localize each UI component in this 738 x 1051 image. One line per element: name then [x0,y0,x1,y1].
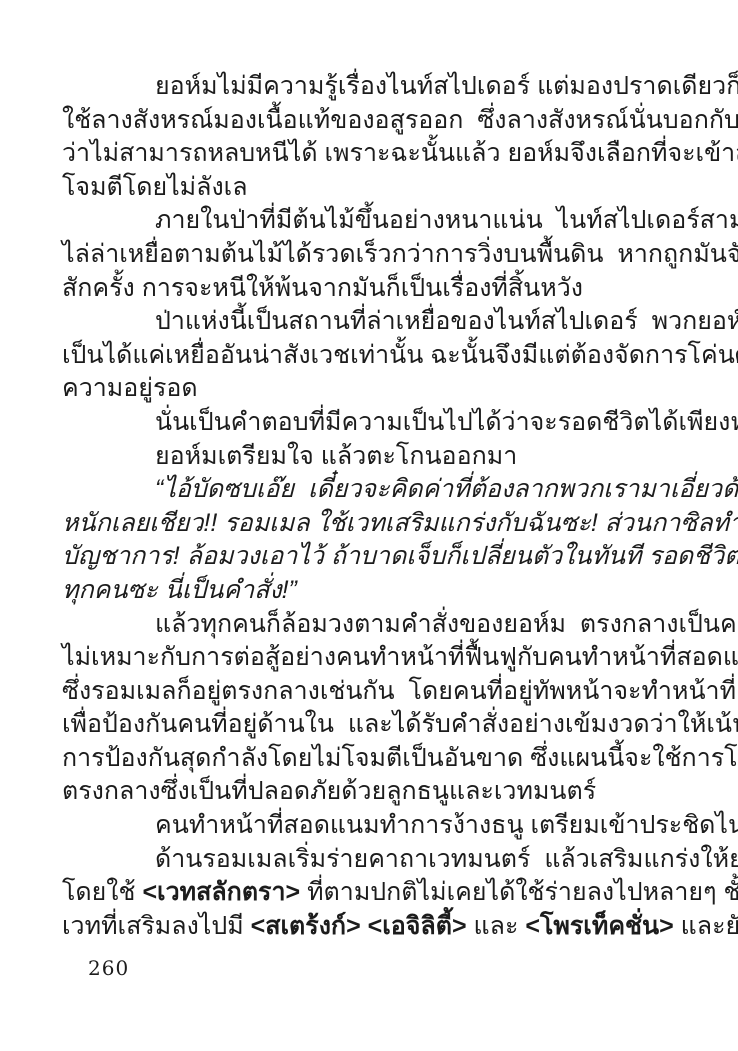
text-line: ด้านรอมเมลเริ่มร่ายคาถาเวทมนตร์ แล้วเสริ… [62,843,680,877]
spell-name-bold: <โพรเท็คชั่น> [525,912,673,940]
spell-name-bold: <เวทสลักตรา> [142,878,300,906]
paragraph: คนทำหน้าที่สอดแนมทำการง้างธนู เตรียมเข้า… [62,809,680,843]
paragraph: ภายในป่าที่มีต้นไม้ขึ้นอย่างหนาแน่น ไนท์… [62,204,680,305]
paragraph: ยอห์มเตรียมใจ แล้วตะโกนออกมา [62,440,680,474]
text-line: นั่นเป็นคำตอบที่มีความเป็นไปได้ว่าจะรอดช… [62,406,680,440]
text-line: ตรงกลางซึ่งเป็นที่ปลอดภัยด้วยลูกธนูและเว… [62,775,680,809]
text-run: ยอห์มไม่มีความรู้เรื่องไนท์สไปเดอร์ แต่ม… [155,72,738,100]
text-line: โดยใช้ <เวทสลักตรา> ที่ตามปกติไม่เคยได้ใ… [62,876,680,910]
text-line: หนักเลยเชียว!! รอมเมล ใช้เวทเสริมแกร่งกั… [62,507,680,541]
text-run [361,912,368,940]
text-run: และ [467,912,526,940]
text-run: คนทำหน้าที่สอดแนมทำการง้างธนู เตรียมเข้า… [155,811,738,839]
text-run: ป่าแห่งนี้เป็นสถานที่ล่าเหยื่อของไนท์สไป… [155,307,738,335]
text-line: ความอยู่รอด [62,372,680,406]
page-number: 260 [88,956,129,980]
text-run: ทุกคนซะ นี่เป็นคำสั่ง!” [62,576,297,604]
text-run: “ไอ้บัดซบเอ๊ย เดี๋ยวจะคิดค่าที่ต้องลากพว… [155,475,738,503]
text-run: ความอยู่รอด [62,374,198,402]
book-page: ยอห์มไม่มีความรู้เรื่องไนท์สไปเดอร์ แต่ม… [0,0,738,1051]
text-line: ใช้ลางสังหรณ์มองเนื้อแท้ของอสูรออก ซึ่งล… [62,104,680,138]
text-run: ด้านรอมเมลเริ่มร่ายคาถาเวทมนตร์ แล้วเสริ… [155,845,738,873]
text-run: การป้องกันสุดกำลังโดยไม่โจมตีเป็นอันขาด … [62,744,738,772]
paragraph: ป่าแห่งนี้เป็นสถานที่ล่าเหยื่อของไนท์สไป… [62,305,680,406]
text-line: ป่าแห่งนี้เป็นสถานที่ล่าเหยื่อของไนท์สไป… [62,305,680,339]
paragraph: ด้านรอมเมลเริ่มร่ายคาถาเวทมนตร์ แล้วเสริ… [62,843,680,944]
text-run: สักครั้ง การจะหนีให้พ้นจากมันก็เป็นเรื่อ… [62,274,583,302]
text-line: เพื่อป้องกันคนที่อยู่ด้านใน และได้รับคำส… [62,708,680,742]
text-line: การป้องกันสุดกำลังโดยไม่โจมตีเป็นอันขาด … [62,742,680,776]
text-line: “ไอ้บัดซบเอ๊ย เดี๋ยวจะคิดค่าที่ต้องลากพว… [62,473,680,507]
text-line: คนทำหน้าที่สอดแนมทำการง้างธนู เตรียมเข้า… [62,809,680,843]
paragraph: นั่นเป็นคำตอบที่มีความเป็นไปได้ว่าจะรอดช… [62,406,680,440]
text-line: โจมตีโดยไม่ลังเล [62,171,680,205]
text-line: แล้วทุกคนก็ล้อมวงตามคำสั่งของยอห์ม ตรงกล… [62,608,680,642]
text-line: ว่าไม่สามารถหลบหนีได้ เพราะฉะนั้นแล้ว ยอ… [62,137,680,171]
text-line: ไม่เหมาะกับการต่อสู้อย่างคนทำหน้าที่ฟื้น… [62,641,680,675]
text-run: โจมตีโดยไม่ลังเล [62,173,248,201]
spell-name-bold: <เอจิลิตี้> [368,912,467,940]
text-run: ไล่ล่าเหยื่อตามต้นไม้ได้รวดเร็วกว่าการวิ… [62,240,738,268]
text-run: โดยใช้ [62,878,142,906]
text-line: เป็นได้แค่เหยื่ออันน่าสังเวชเท่านั้น ฉะน… [62,339,680,373]
text-line: สักครั้ง การจะหนีให้พ้นจากมันก็เป็นเรื่อ… [62,272,680,306]
text-run: แล้วทุกคนก็ล้อมวงตามคำสั่งของยอห์ม ตรงกล… [155,610,738,638]
text-run: เป็นได้แค่เหยื่ออันน่าสังเวชเท่านั้น ฉะน… [62,341,738,369]
text-run: ยอห์มเตรียมใจ แล้วตะโกนออกมา [155,442,517,470]
text-line: ไล่ล่าเหยื่อตามต้นไม้ได้รวดเร็วกว่าการวิ… [62,238,680,272]
text-run: ที่ตามปกติไม่เคยได้ใช้ร่ายลงไปหลายๆ ชั้น… [300,878,738,906]
text-run: ซึ่งรอมเมลก็อยู่ตรงกลางเช่นกัน โดยคนที่อ… [62,677,738,705]
text-run: ภายในป่าที่มีต้นไม้ขึ้นอย่างหนาแน่น ไนท์… [155,206,738,234]
paragraph: ยอห์มไม่มีความรู้เรื่องไนท์สไปเดอร์ แต่ม… [62,70,680,204]
text-line: บัญชาการ! ล้อมวงเอาไว้ ถ้าบาดเจ็บก็เปลี่… [62,540,680,574]
text-line: เวทที่เสริมลงไปมี <สเตร้งก์> <เอจิลิตี้>… [62,910,680,944]
text-run: เพื่อป้องกันคนที่อยู่ด้านใน และได้รับคำส… [62,710,738,738]
text-line: ยอห์มเตรียมใจ แล้วตะโกนออกมา [62,440,680,474]
text-run: ว่าไม่สามารถหลบหนีได้ เพราะฉะนั้นแล้ว ยอ… [62,139,738,167]
text-run: ตรงกลางซึ่งเป็นที่ปลอดภัยด้วยลูกธนูและเว… [62,777,596,805]
paragraph: แล้วทุกคนก็ล้อมวงตามคำสั่งของยอห์ม ตรงกล… [62,608,680,810]
text-run: หนักเลยเชียว!! รอมเมล ใช้เวทเสริมแกร่งกั… [62,509,738,537]
text-block: ยอห์มไม่มีความรู้เรื่องไนท์สไปเดอร์ แต่ม… [62,70,680,943]
paragraph: “ไอ้บัดซบเอ๊ย เดี๋ยวจะคิดค่าที่ต้องลากพว… [62,473,680,607]
text-run: และยังเพ่ง [674,912,738,940]
text-run: บัญชาการ! ล้อมวงเอาไว้ ถ้าบาดเจ็บก็เปลี่… [62,542,738,570]
text-run: ใช้ลางสังหรณ์มองเนื้อแท้ของอสูรออก ซึ่งล… [62,106,738,134]
text-line: ซึ่งรอมเมลก็อยู่ตรงกลางเช่นกัน โดยคนที่อ… [62,675,680,709]
text-run: นั่นเป็นคำตอบที่มีความเป็นไปได้ว่าจะรอดช… [155,408,738,436]
spell-name-bold: <สเตร้งก์> [251,912,361,940]
text-run: ไม่เหมาะกับการต่อสู้อย่างคนทำหน้าที่ฟื้น… [62,643,738,671]
text-run: เวทที่เสริมลงไปมี [62,912,251,940]
text-line: ทุกคนซะ นี่เป็นคำสั่ง!” [62,574,680,608]
text-line: ภายในป่าที่มีต้นไม้ขึ้นอย่างหนาแน่น ไนท์… [62,204,680,238]
text-line: ยอห์มไม่มีความรู้เรื่องไนท์สไปเดอร์ แต่ม… [62,70,680,104]
